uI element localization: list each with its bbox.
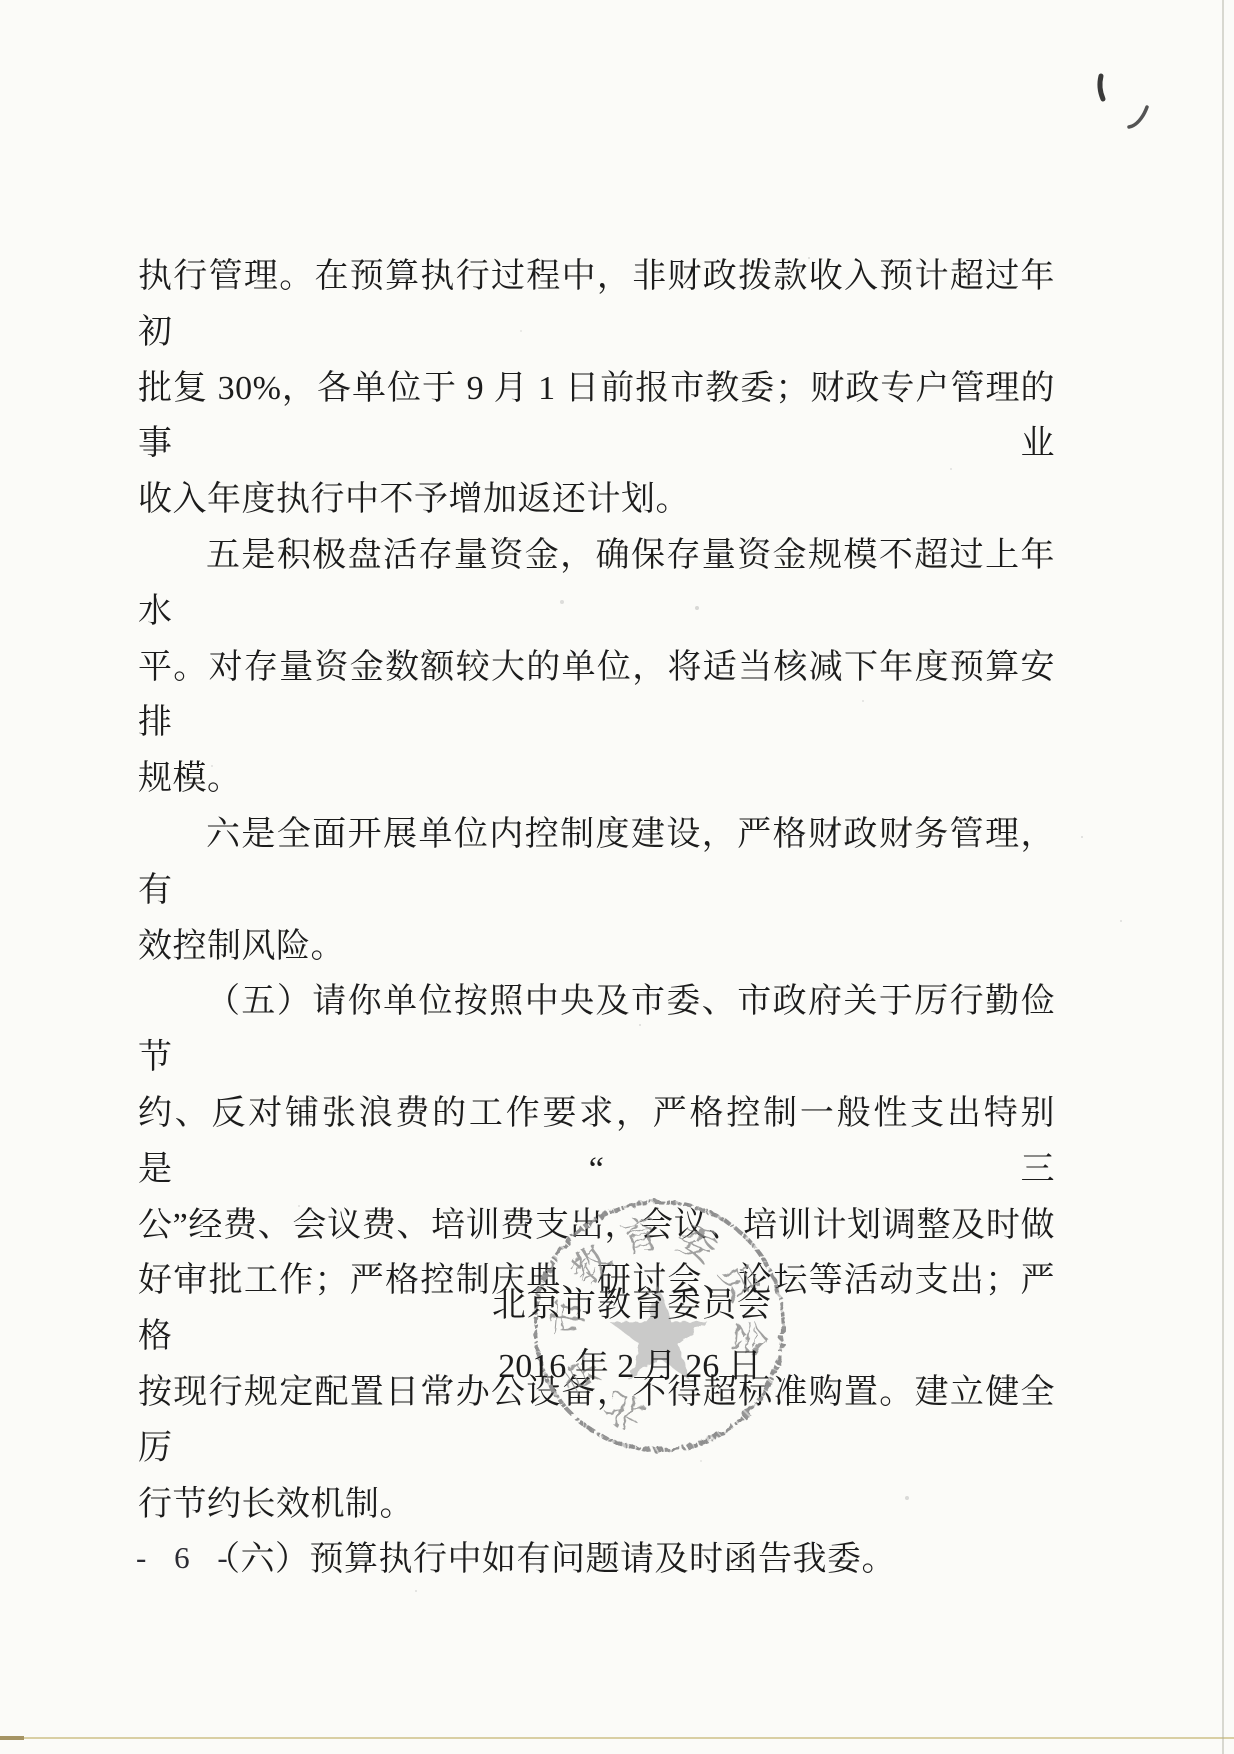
body-line: 平。对存量资金数额较大的单位，将适当核减下年度预算安排 [138,640,1055,752]
page-number: - 6 - [136,1540,235,1576]
scan-bottom-edge-dark [0,1736,24,1740]
seal-character: 委 [670,1217,722,1271]
scanned-document-page: { "document": { "body_lines": [ "执行管理。在预… [0,0,1234,1754]
scan-noise [0,0,2,2]
seal-character: 北 [600,1383,651,1436]
body-line: （六）预算执行中如有问题请及时函告我委。 [138,1532,1055,1588]
pen-tick [1100,76,1103,99]
scan-bottom-edge [0,1737,1234,1739]
signature-date: 2016 年 2 月 26 日 [498,1338,762,1387]
scan-right-edge [1222,0,1224,1754]
body-line: 六是全面开展单位内控制度建设，严格财政财务管理，有 [138,807,1055,919]
body-line: 约、反对铺张浪费的工作要求，严格控制一般性支出特别是“三 [138,1086,1055,1198]
body-line: （五）请你单位按照中央及市委、市政府关于厉行勤俭节 [138,974,1055,1086]
pen-mark [1080,60,1170,150]
official-seal: 北京市教育委员会 [529,1196,789,1456]
body-line: 行节约长效机制。 [138,1477,1055,1533]
pen-hook [1129,107,1147,127]
body-line: 收入年度执行中不予增加返还计划。 [138,472,1055,528]
body-line: 执行管理。在预算执行过程中，非财政拨款收入预计超过年初 [138,249,1055,361]
body-line: 规模。 [138,751,1055,807]
seal-character: 育 [617,1213,663,1262]
body-line: 五是积极盘活存量资金，确保存量资金规模不超过上年水 [138,528,1055,640]
body-line: 批复 30%，各单位于 9 月 1 日前报市教委；财政专户管理的事业 [138,361,1055,473]
signature-organization: 北京市教育委员会 [492,1277,772,1326]
body-line: 效控制风险。 [138,919,1055,975]
